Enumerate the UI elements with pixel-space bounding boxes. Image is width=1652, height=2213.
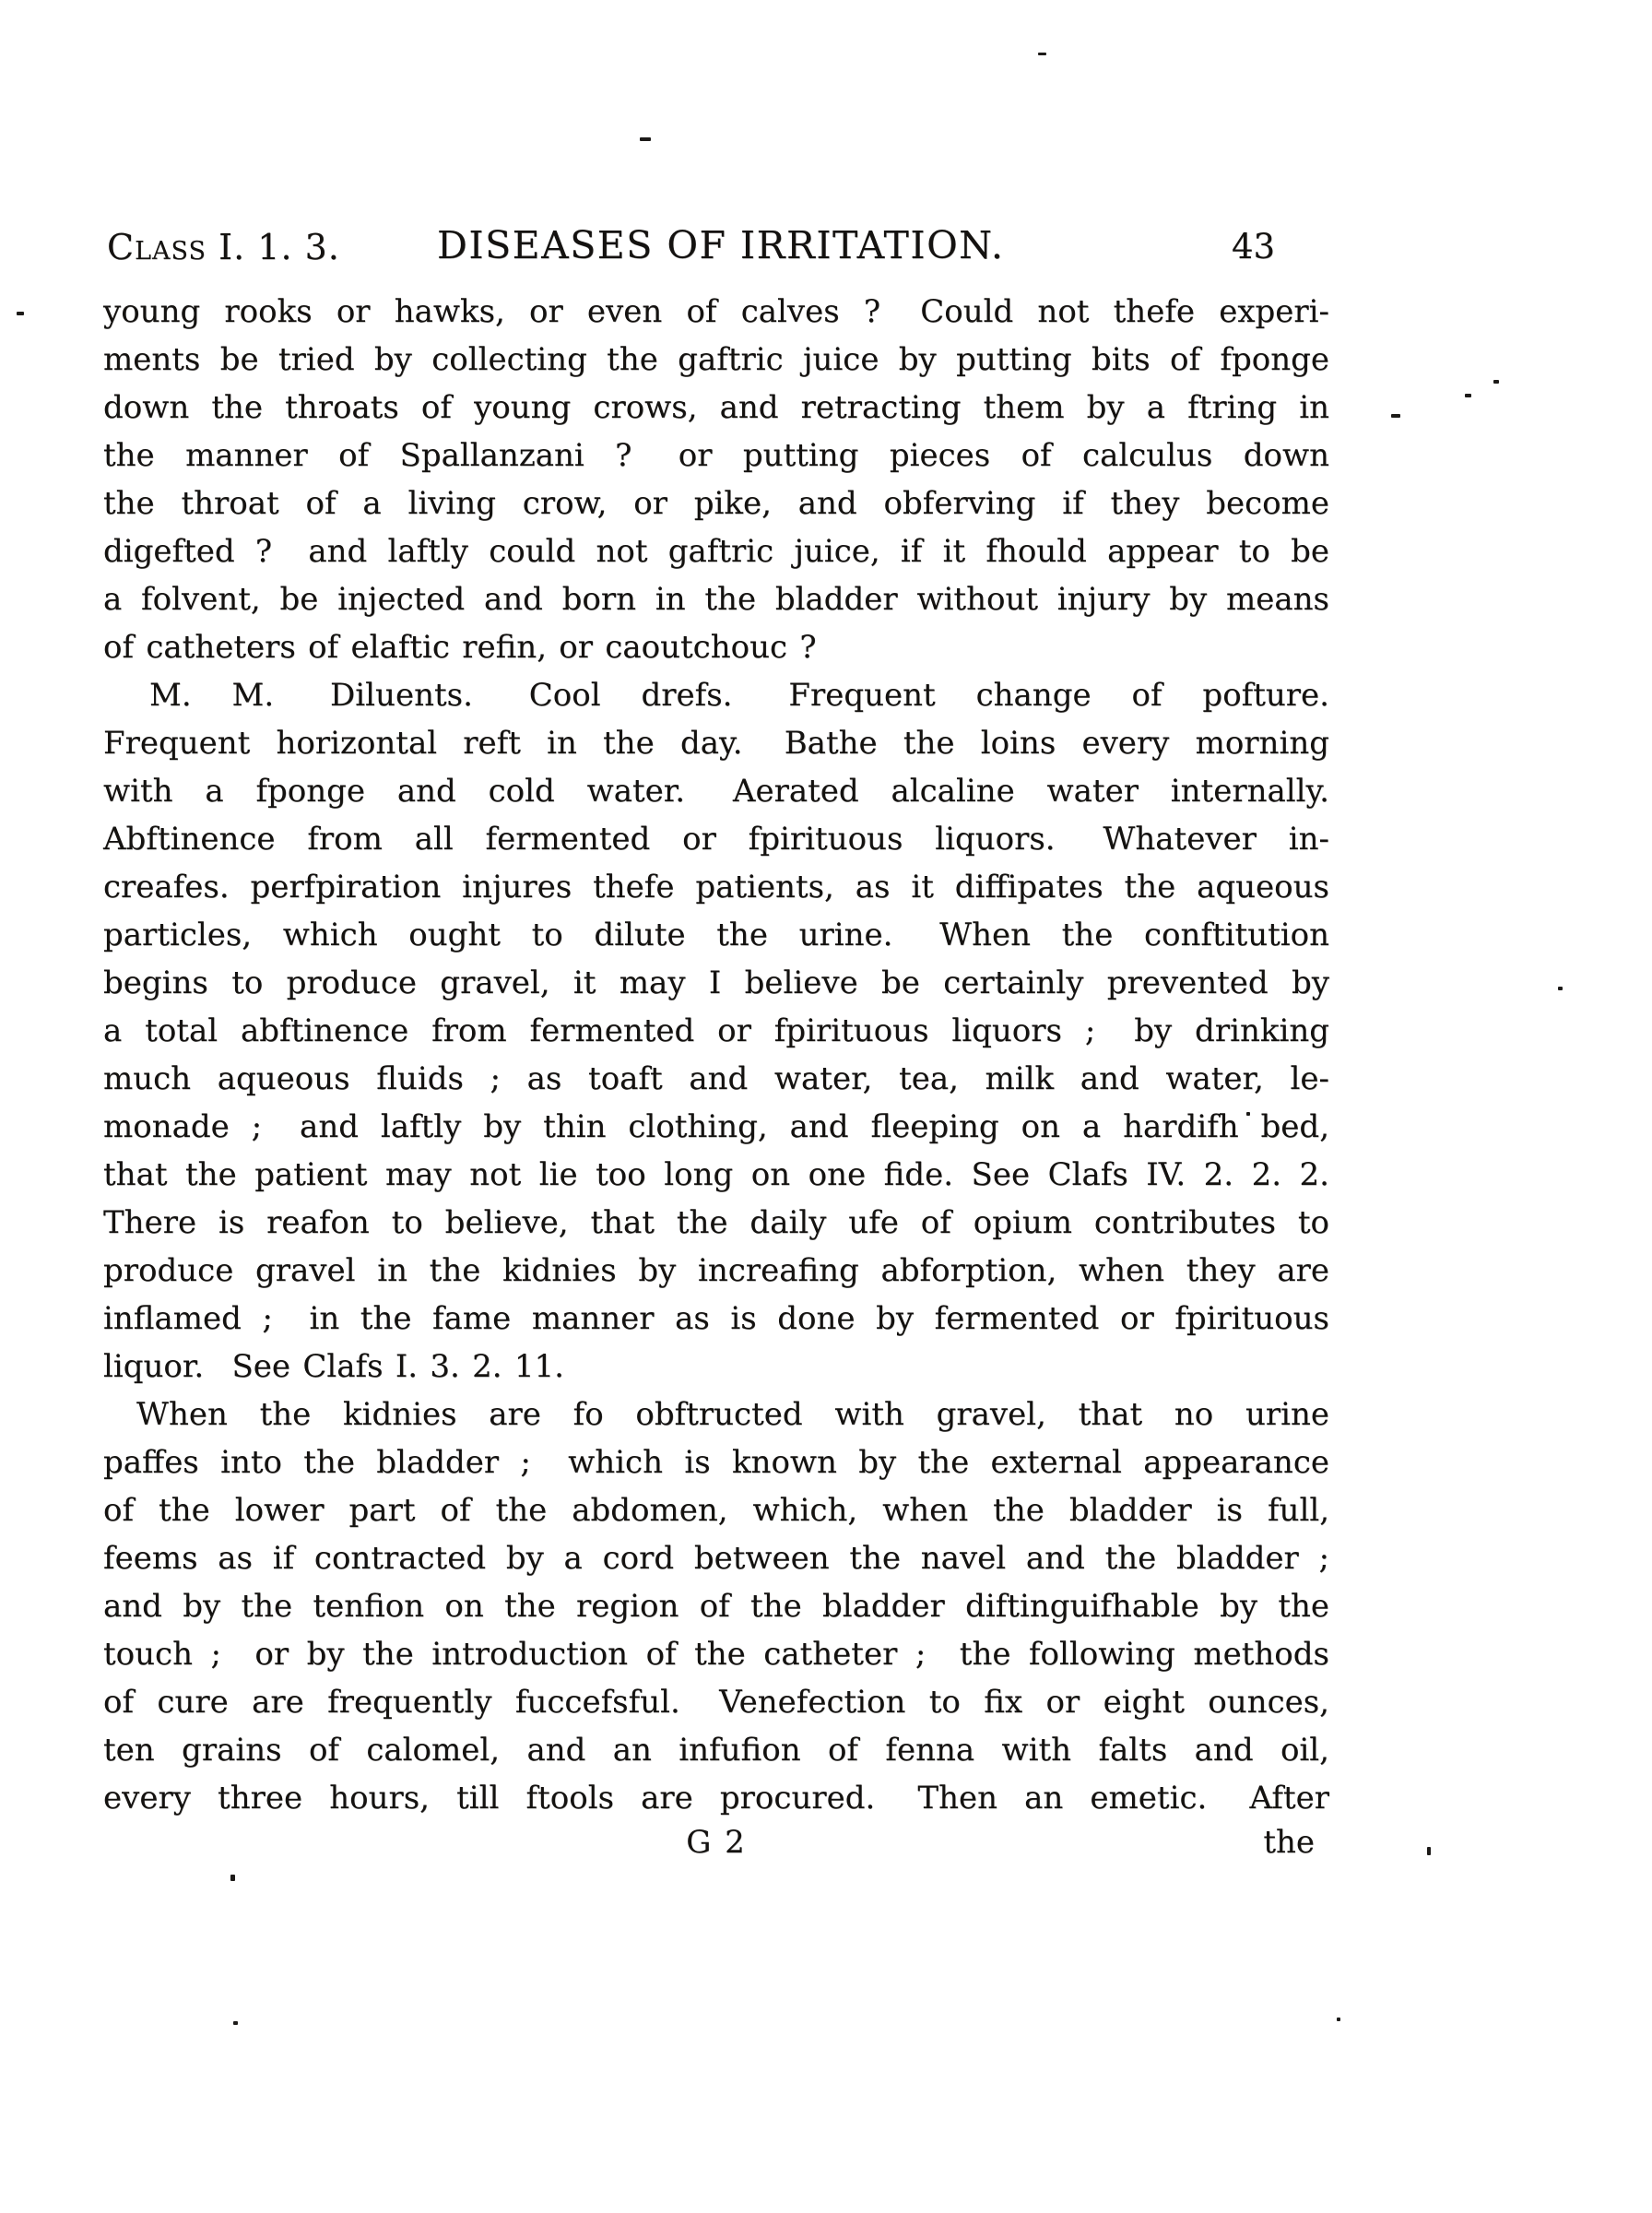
gathering-signature: G 2	[686, 1818, 747, 1866]
text-line: There is reafon to believe, that the dai…	[103, 1199, 1329, 1247]
text-line: Abftinence from all fermented or fpiritu…	[103, 815, 1329, 863]
text-line: ten grains of calomel, and an infufion o…	[103, 1726, 1329, 1774]
scan-speck	[233, 2021, 238, 2025]
page-number: 43	[1232, 227, 1275, 266]
scan-speck	[640, 137, 651, 141]
scan-speck	[17, 312, 24, 315]
scan-speck	[230, 1875, 235, 1881]
text-line: the manner of Spallanzani ? or putting p…	[103, 432, 1329, 479]
text-line: ments be tried by collecting the gaftric…	[103, 336, 1329, 384]
catchword: the	[1263, 1818, 1315, 1866]
book-page: Class I. 1. 3. DISEASES OF IRRITATION. 4…	[0, 0, 1652, 2213]
text-line: and by the tenfion on the region of the …	[103, 1582, 1329, 1630]
signature-line: G 2 the	[103, 1818, 1329, 1866]
scan-speck	[1337, 2018, 1340, 2021]
text-line: the throat of a living crow, or pike, an…	[103, 479, 1329, 527]
running-head-title: DISEASES OF IRRITATION.	[437, 223, 1004, 267]
running-head-section: Class I. 1. 3.	[107, 227, 340, 267]
text-line: a total abftinence from fermented or fpi…	[103, 1007, 1329, 1055]
text-line: M. M. Diluents. Cool drefs. Frequent cha…	[103, 671, 1329, 719]
scan-speck	[1246, 1112, 1250, 1116]
text-line: digefted ? and laftly could not gaftric …	[103, 527, 1329, 575]
scan-speck	[1493, 380, 1499, 384]
text-line: that the patient may not lie too long on…	[103, 1151, 1329, 1199]
page-text: young rooks or hawks, or even of calves …	[103, 288, 1329, 1822]
text-line: inflamed ; in the fame manner as is done…	[103, 1295, 1329, 1343]
scan-speck	[1038, 53, 1046, 55]
text-line: liquor. See Clafs I. 3. 2. 11.	[103, 1343, 1329, 1391]
text-line: of cure are frequently fuccefsful. Venef…	[103, 1678, 1329, 1726]
text-line: monade ; and laftly by thin clothing, an…	[103, 1103, 1329, 1151]
text-line: Frequent horizontal reft in the day. Bat…	[103, 719, 1329, 767]
text-line: particles, which ought to dilute the uri…	[103, 911, 1329, 959]
scan-speck	[1391, 414, 1400, 418]
text-line: of catheters of elaftic refin, or caoutc…	[103, 623, 1329, 671]
text-line: much aqueous fluids ; as toaft and water…	[103, 1055, 1329, 1103]
text-line: with a fponge and cold water. Aerated al…	[103, 767, 1329, 815]
text-line: creafes. perfpiration injures thefe pati…	[103, 863, 1329, 911]
text-line: of the lower part of the abdomen, which,…	[103, 1486, 1329, 1534]
text-line: every three hours, till ftools are procu…	[103, 1774, 1329, 1822]
text-line: young rooks or hawks, or even of calves …	[103, 288, 1329, 336]
scan-speck	[1427, 1847, 1431, 1855]
scan-speck	[1558, 987, 1563, 990]
text-line: When the kidnies are fo obftructed with …	[103, 1391, 1329, 1438]
text-line: begins to produce gravel, it may I belie…	[103, 959, 1329, 1007]
text-line: down the throats of young crows, and ret…	[103, 384, 1329, 432]
text-line: touch ; or by the introduction of the ca…	[103, 1630, 1329, 1678]
text-line: paffes into the bladder ; which is known…	[103, 1438, 1329, 1486]
scan-speck	[1465, 394, 1471, 397]
text-line: a folvent, be injected and born in the b…	[103, 575, 1329, 623]
text-line: feems as if contracted by a cord between…	[103, 1534, 1329, 1582]
text-line: produce gravel in the kidnies by increaf…	[103, 1247, 1329, 1295]
